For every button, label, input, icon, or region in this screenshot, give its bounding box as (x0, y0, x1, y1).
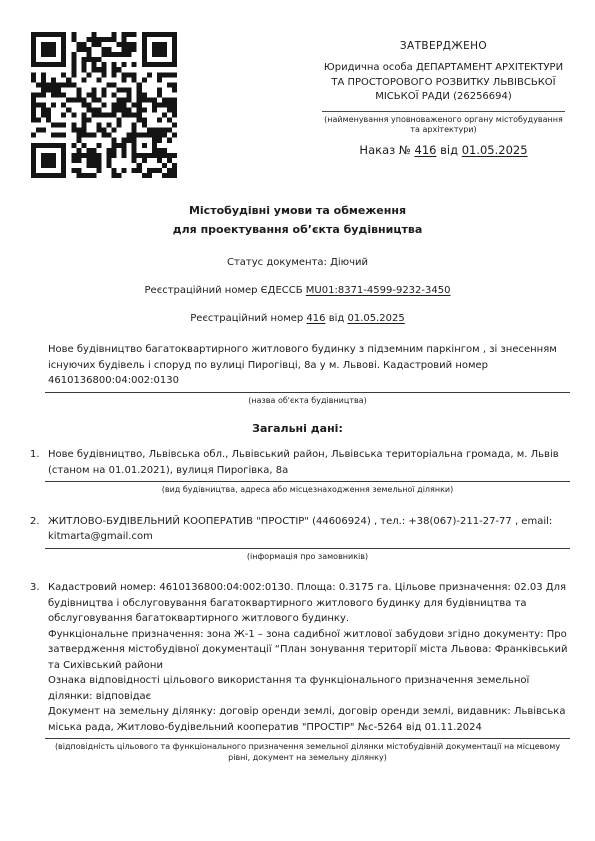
edessb-number: MU01:8371-4599-9232-3450 (306, 285, 451, 296)
item-3-paragraph-2: Функціональне призначення: зона Ж-1 – зо… (48, 627, 570, 674)
document-title-line1: Містобудівні умови та обмеження (0, 201, 595, 220)
document-page: ЗАТВЕРДЖЕНО Юридична особа ДЕПАРТАМЕНТ А… (0, 0, 595, 841)
status-value: Діючий (330, 257, 368, 268)
item-2-row: 2. ЖИТЛОВО-БУДІВЕЛЬНИЙ КООПЕРАТИВ "ПРОСТ… (30, 514, 570, 545)
object-name-text: Нове будівництво багатоквартирного житло… (48, 342, 570, 389)
item-2-number: 2. (30, 514, 48, 545)
list-item-1: 1. Нове будівництво, Львівська обл., Льв… (0, 447, 595, 496)
order-mid: від (436, 143, 461, 157)
item-3-paragraph-4: Документ на земельну ділянку: договір ор… (48, 704, 570, 735)
item-3-number: 3. (30, 580, 48, 735)
status-label: Статус документа: (227, 257, 327, 268)
status-line: Статус документа: Діючий (0, 257, 595, 268)
edessb-prefix: Реєстраційний номер ЄДЕССБ (145, 285, 306, 296)
document-title: Містобудівні умови та обмеження для прое… (0, 201, 595, 239)
approved-label: ЗАТВЕРДЖЕНО (322, 40, 565, 52)
order-prefix: Наказ № (359, 143, 414, 157)
list-item-3: 3. Кадастровий номер: 4610136800:04:002:… (0, 580, 595, 763)
item-3-caption: (відповідність цільового та функціональн… (45, 742, 570, 763)
separator-line (45, 481, 570, 482)
order-line: Наказ № 416 від 01.05.2025 (322, 143, 565, 157)
item-2-paragraph: ЖИТЛОВО-БУДІВЕЛЬНИЙ КООПЕРАТИВ "ПРОСТІР"… (48, 514, 570, 545)
item-1-caption: (вид будівництва, адреса або місцезнаход… (45, 485, 570, 496)
object-name-caption: (назва об'єкта будівництва) (45, 396, 570, 407)
separator-line (45, 392, 570, 393)
reg-mid: від (326, 313, 348, 324)
separator-line (45, 738, 570, 739)
authority-caption: (найменування уповноваженого органу міст… (322, 115, 565, 136)
list-item-2: 2. ЖИТЛОВО-БУДІВЕЛЬНИЙ КООПЕРАТИВ "ПРОСТ… (0, 514, 595, 563)
item-3-text: Кадастровий номер: 4610136800:04:002:013… (48, 580, 570, 735)
general-data-heading: Загальні дані: (0, 422, 595, 435)
approval-block: ЗАТВЕРДЖЕНО Юридична особа ДЕПАРТАМЕНТ А… (322, 40, 565, 157)
item-2-text: ЖИТЛОВО-БУДІВЕЛЬНИЙ КООПЕРАТИВ "ПРОСТІР"… (48, 514, 570, 545)
item-3-paragraph-1: Кадастровий номер: 4610136800:04:002:013… (48, 580, 570, 627)
separator-line (45, 548, 570, 549)
item-1-row: 1. Нове будівництво, Львівська обл., Льв… (30, 447, 570, 478)
item-3-paragraph-3: Ознака відповідності цільового використа… (48, 673, 570, 704)
authority-separator-line (322, 111, 565, 112)
authority-name: Юридична особа ДЕПАРТАМЕНТ АРХІТЕКТУРИ Т… (322, 61, 565, 105)
reg-number: 416 (306, 313, 325, 324)
reg-prefix: Реєстраційний номер (190, 313, 306, 324)
item-1-number: 1. (30, 447, 48, 478)
item-3-row: 3. Кадастровий номер: 4610136800:04:002:… (30, 580, 570, 735)
order-number: 416 (415, 143, 437, 157)
item-1-text: Нове будівництво, Львівська обл., Львівс… (48, 447, 570, 478)
reg-date: 01.05.2025 (347, 313, 404, 324)
order-date: 01.05.2025 (462, 143, 528, 157)
item-1-paragraph: Нове будівництво, Львівська обл., Львівс… (48, 447, 570, 478)
qr-code-icon (31, 32, 177, 178)
document-title-line2: для проектування об’єкта будівництва (0, 220, 595, 239)
general-data-list: 1. Нове будівництво, Львівська обл., Льв… (0, 447, 595, 763)
item-2-caption: (інформація про замовників) (45, 552, 570, 563)
registration-number-line: Реєстраційний номер 416 від 01.05.2025 (0, 313, 595, 324)
registration-edessb-line: Реєстраційний номер ЄДЕССБ MU01:8371-459… (0, 285, 595, 296)
